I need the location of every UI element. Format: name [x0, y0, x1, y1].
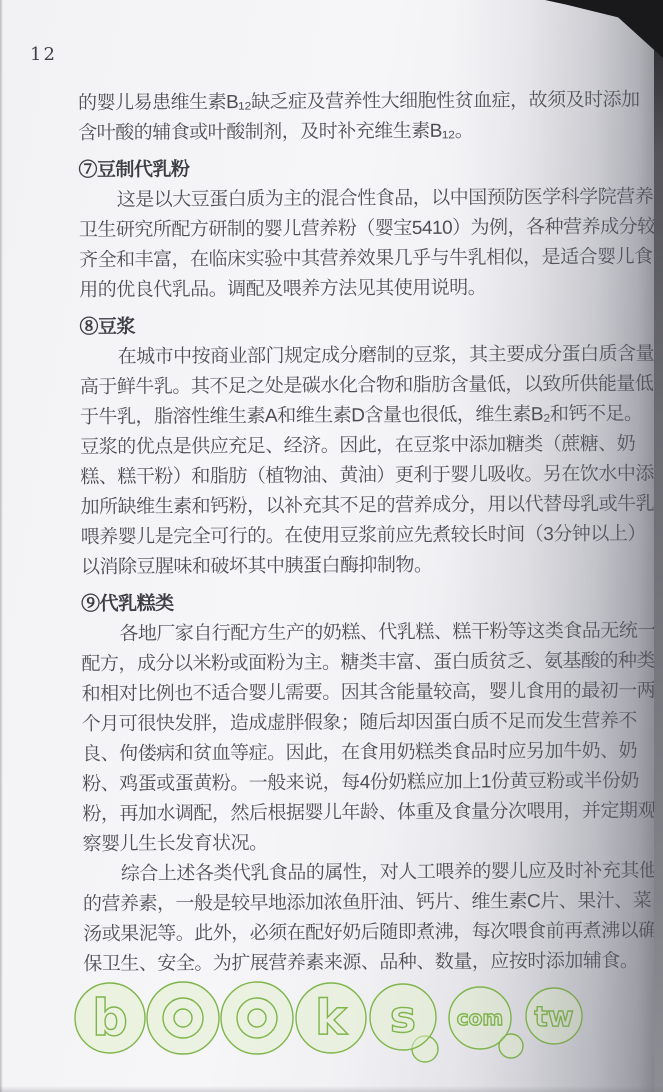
page-number: 12 — [30, 44, 57, 65]
svg-text:b: b — [92, 989, 128, 1047]
scanned-page: 12 的婴儿易患维生素B₁₂缺乏症及营养性大细胞性贫血症，故须及时添加含叶酸的辅… — [0, 0, 663, 1092]
text-line: 喂养婴儿是完全可行的。在使用豆浆前应先煮较长时间（3分钟以上） — [81, 519, 659, 553]
paragraph: 各地厂家自行配方生产的奶糕、代乳糕、糕干粉等这类食品无统一配方，成分以米粉或面粉… — [81, 616, 660, 860]
watermark-bubble: k — [296, 983, 366, 1053]
text-line: 豆浆的优点是供应充足、经济。因此，在豆浆中添加糖类（蔗糖、奶 — [80, 429, 658, 463]
text-line: 用的优良代乳品。调配及喂养方法见其使用说明。 — [79, 272, 657, 306]
text-line: 粉、鸡蛋或蛋黄粉。一般来说，每4份奶糕应加上1份黄豆粉或半份奶 — [82, 766, 660, 800]
page-left-edge — [0, 0, 3, 1092]
text-line: 的营养素，一般是较早地添加浓鱼肝油、钙片、维生素C片、果汁、菜 — [83, 886, 661, 920]
text-line: 在城市中按商业部门规定成分磨制的豆浆，其主要成分蛋白质含量 — [80, 339, 658, 373]
text-line: 糕、糕干粉）和脂肪（植物油、黄油）更利于婴儿吸收。另在饮水中添 — [80, 459, 658, 493]
text-line: 察婴儿生长发育状况。 — [83, 826, 661, 860]
section-heading: ⑦豆制代乳粉 — [78, 152, 656, 186]
text-line: 的婴儿易患维生素B₁₂缺乏症及营养性大细胞性贫血症，故须及时添加 — [78, 85, 656, 119]
books-com-tw-watermark-icon: bkscomtw — [70, 975, 590, 1070]
watermark-bubble: b — [75, 983, 145, 1053]
page-bottom-edge — [0, 1086, 663, 1092]
paragraph: 的婴儿易患维生素B₁₂缺乏症及营养性大细胞性贫血症，故须及时添加含叶酸的辅食或叶… — [78, 85, 656, 149]
text-line: 粉，再加水调配，然后根据婴儿年龄、体重及食量分次喂用，并定期观 — [82, 796, 660, 830]
text-line: 卫生研究所配方研制的婴儿营养粉（婴宝5410）为例，各种营养成分较 — [79, 212, 657, 246]
paragraph: 综合上述各类代乳食品的属性，对人工喂养的婴儿应及时补充其他的营养素，一般是较早地… — [83, 856, 662, 980]
watermark-bubble — [147, 982, 219, 1054]
text-line: 良、佝偻病和贫血等症。因此，在食用奶糕类食品时应另加牛奶、奶 — [82, 736, 660, 770]
watermark-bubble: s — [370, 984, 438, 1062]
text-line: 齐全和丰富，在临床实验中其营养效果几乎与牛乳相似，是适合婴儿食 — [79, 242, 657, 276]
text-line: 这是以大豆蛋白质为主的混合性食品，以中国预防医学科学院营养 — [79, 182, 657, 216]
svg-text:tw: tw — [534, 1000, 573, 1033]
text-line: 配方，成分以米粉或面粉为主。糖类丰富、蛋白质贫乏、氨基酸的种类 — [81, 646, 659, 680]
text-line: 个月可很快发胖，造成虚胖假象；随后却因蛋白质不足而发生营养不 — [82, 706, 660, 740]
text-line: 汤或果泥等。此外，必须在配好奶后随即煮沸，每次喂食前再煮沸以确 — [83, 916, 661, 950]
paragraph: 在城市中按商业部门规定成分磨制的豆浆，其主要成分蛋白质含量高于鲜牛乳。其不足之处… — [80, 339, 659, 583]
text-line: 和相对比例也不适合婴儿需要。因其含能量较高，婴儿食用的最初一两 — [82, 676, 660, 710]
text-line: 各地厂家自行配方生产的奶糕、代乳糕、糕干粉等这类食品无统一 — [81, 616, 659, 650]
svg-text:s: s — [390, 992, 416, 1043]
text-line: 以消除豆腥味和破坏其中胰蛋白酶抑制物。 — [81, 549, 659, 583]
text-line: 综合上述各类代乳食品的属性，对人工喂养的婴儿应及时补充其他 — [83, 856, 661, 890]
watermark-bubble: tw — [526, 988, 582, 1044]
text-line: 含叶酸的辅食或叶酸制剂，及时补充维生素B₁₂。 — [78, 115, 656, 149]
section-heading: ⑨代乳糕类 — [81, 586, 659, 620]
text-line: 于牛乳，脂溶性维生素A和维生素D含量也很低，维生素B₂和钙不足。 — [80, 399, 658, 433]
svg-text:k: k — [315, 990, 348, 1046]
paragraph: 这是以大豆蛋白质为主的混合性食品，以中国预防医学科学院营养卫生研究所配方研制的婴… — [79, 182, 658, 306]
scan-dark-corner — [545, 0, 663, 58]
watermark-bubble — [221, 982, 293, 1054]
text-line: 高于鲜牛乳。其不足之处是碳水化合物和脂肪含量低，以致所供能量低 — [80, 369, 658, 403]
text-line: 加所缺维生素和钙粉，以补充其不足的营养成分，用以代替母乳或牛乳 — [80, 489, 658, 523]
text-flow: 的婴儿易患维生素B₁₂缺乏症及营养性大细胞性贫血症，故须及时添加含叶酸的辅食或叶… — [78, 85, 661, 980]
svg-text:com: com — [457, 1006, 503, 1030]
section-heading: ⑧豆浆 — [79, 309, 657, 343]
watermark-bubble: com — [449, 987, 523, 1058]
